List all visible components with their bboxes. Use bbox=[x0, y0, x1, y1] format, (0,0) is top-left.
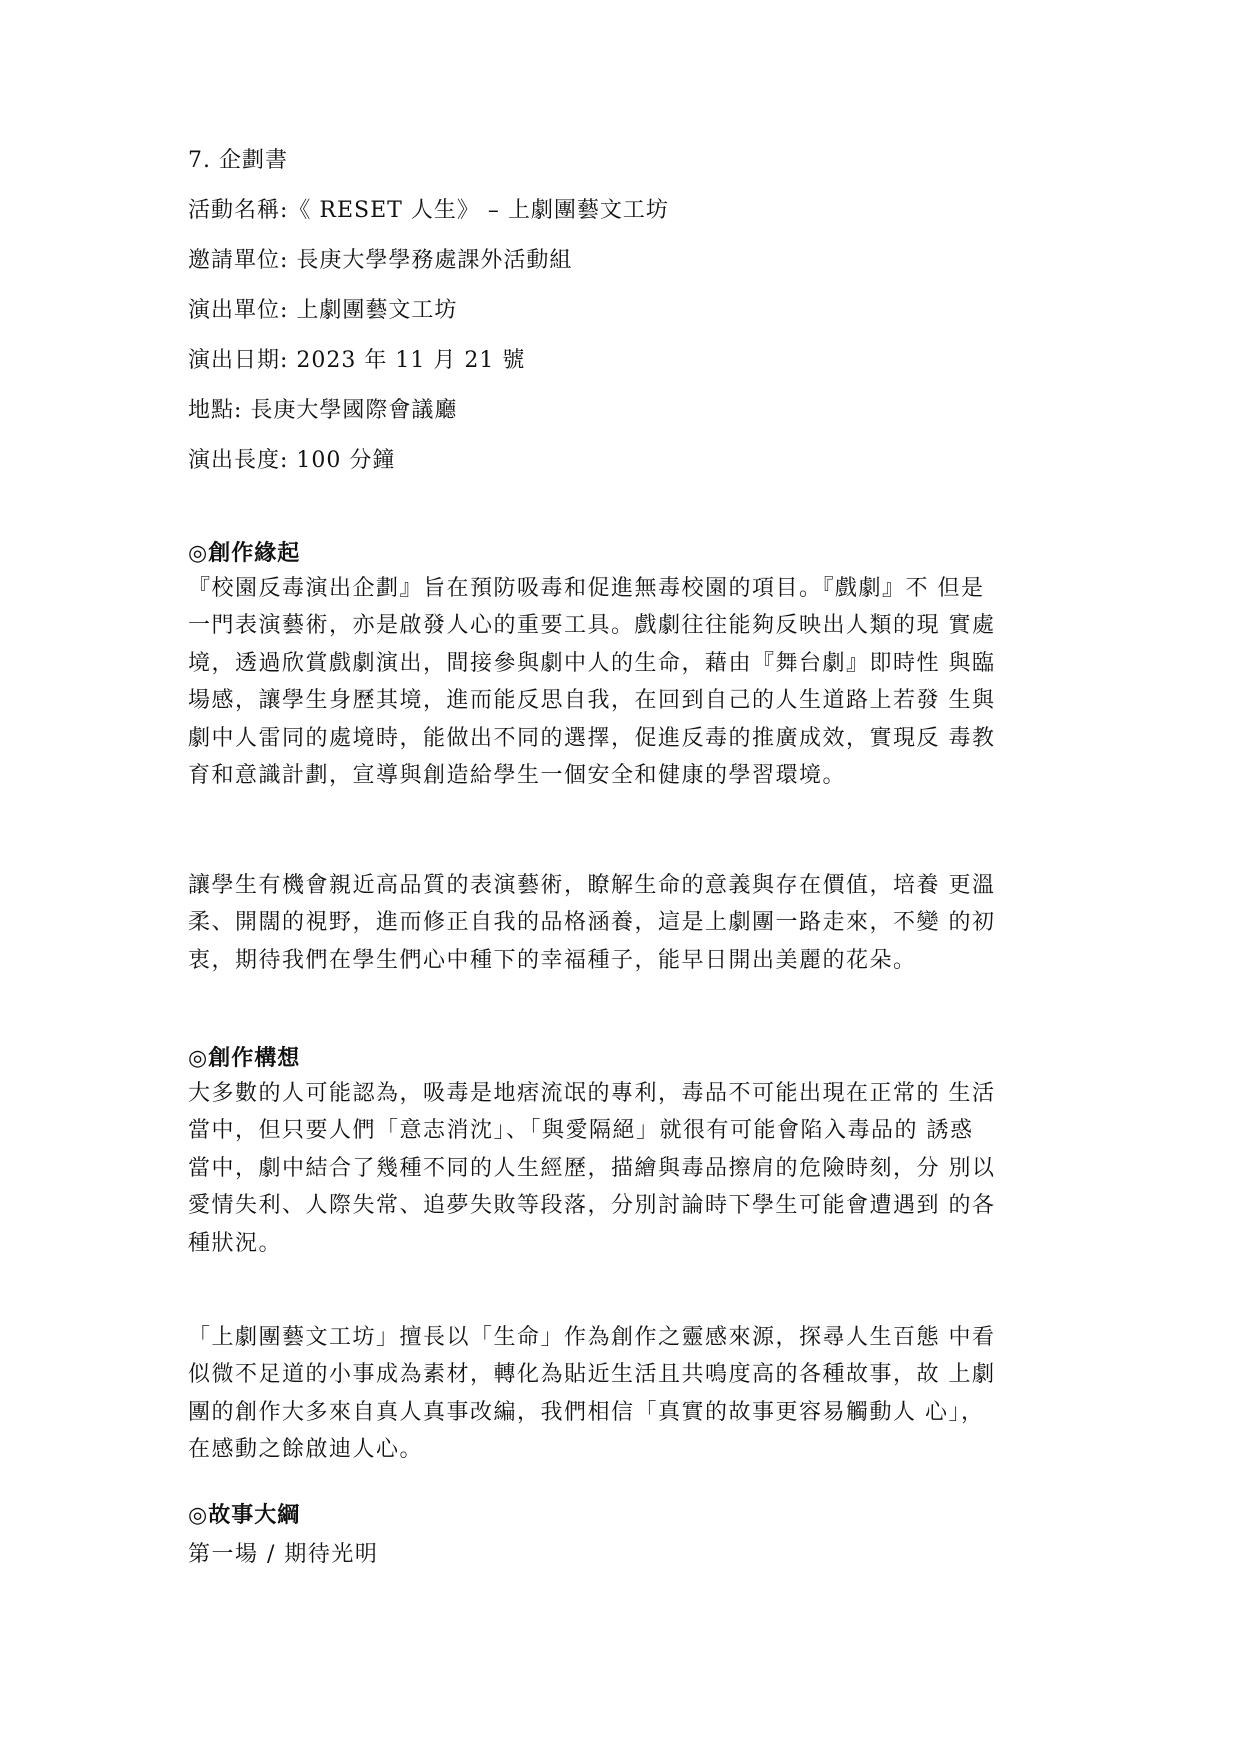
paragraph-line: 似微不足道的小事成為素材，轉化為貼近生活且共鳴度高的各種故事，故 上劇 bbox=[188, 1356, 1048, 1393]
info-label: 地點: bbox=[188, 398, 242, 423]
paragraph-line: 種狀況。 bbox=[188, 1225, 1048, 1262]
section-heading-synopsis: ◎故事大綱 bbox=[188, 1500, 300, 1530]
paragraph-line: 當中，劇中結合了幾種不同的人生經歷，描繪與毒品擦肩的危險時刻，分 別以 bbox=[188, 1150, 1048, 1187]
paragraph-line: 大多數的人可能認為，吸毒是地痞流氓的專利，毒品不可能出現在正常的 生活 bbox=[188, 1075, 1048, 1112]
info-label: 邀請單位: bbox=[188, 248, 288, 273]
info-performing-unit: 演出單位: 上劇團藝文工坊 bbox=[188, 296, 457, 326]
info-activity-name: 活動名稱:《 RESET 人生》 – 上劇團藝文工坊 bbox=[188, 196, 669, 226]
paragraph-line: 愛情失利、人際失常、追夢失敗等段落，分別討論時下學生可能會遭遇到 的各 bbox=[188, 1187, 1048, 1224]
paragraph-line: 育和意識計劃，宣導與創造給學生一個安全和健康的學習環境。 bbox=[188, 757, 1048, 794]
section-heading-origin: ◎創作緣起 bbox=[188, 538, 300, 568]
paragraph-line: 柔、開闊的視野，進而修正自我的品格涵養，這是上劇團一路走來，不變 的初 bbox=[188, 904, 1048, 941]
paragraph-line: 場感，讓學生身歷其境，進而能反思自我，在回到自己的人生道路上若發 生與 bbox=[188, 682, 1048, 719]
info-duration: 演出長度: 100 分鐘 bbox=[188, 446, 395, 476]
info-value: 2023 年 11 月 21 號 bbox=[288, 348, 525, 373]
paragraph-line: 「上劇團藝文工坊」擅長以「生命」作為創作之靈感來源，探尋人生百態 中看 bbox=[188, 1319, 1048, 1356]
info-value: 《 RESET 人生》 – 上劇團藝文工坊 bbox=[288, 198, 668, 223]
paragraph-line: 團的創作大多來自真人真事改編，我們相信「真實的故事更容易觸動人 心」， bbox=[188, 1394, 1048, 1431]
info-value: 上劇團藝文工坊 bbox=[288, 298, 457, 323]
paragraph-concept-2: 「上劇團藝文工坊」擅長以「生命」作為創作之靈感來源，探尋人生百態 中看 似微不足… bbox=[188, 1319, 1048, 1469]
section-heading-concept: ◎創作構想 bbox=[188, 1043, 300, 1073]
paragraph-concept-1: 大多數的人可能認為，吸毒是地痞流氓的專利，毒品不可能出現在正常的 生活 當中，但… bbox=[188, 1075, 1048, 1262]
paragraph-line: 劇中人雷同的處境時，能做出不同的選擇，促進反毒的推廣成效，實現反 毒教 bbox=[188, 720, 1048, 757]
paragraph-line: 當中，但只要人們「意志消沈」、「與愛隔絕」就很有可能會陷入毒品的 誘惑 bbox=[188, 1112, 1048, 1149]
section-title: 7. 企劃書 bbox=[188, 146, 288, 176]
info-label: 演出單位: bbox=[188, 298, 288, 323]
info-label: 演出長度: bbox=[188, 448, 288, 473]
info-value: 長庚大學國際會議廳 bbox=[242, 398, 457, 423]
paragraph-line: 衷，期待我們在學生們心中種下的幸福種子，能早日開出美麗的花朵。 bbox=[188, 942, 1048, 979]
paragraph-origin-2: 讓學生有機會親近高品質的表演藝術，瞭解生命的意義與存在價值，培養 更溫 柔、開闊… bbox=[188, 867, 1048, 979]
paragraph-origin-1: 『校園反毒演出企劃』旨在預防吸毒和促進無毒校園的項目。『戲劇』不 但是 一門表演… bbox=[188, 570, 1048, 794]
info-value: 長庚大學學務處課外活動組 bbox=[288, 248, 572, 273]
paragraph-synopsis-1: 第一場 / 期待光明 bbox=[188, 1536, 1048, 1573]
info-inviting-unit: 邀請單位: 長庚大學學務處課外活動組 bbox=[188, 246, 572, 276]
info-value: 100 分鐘 bbox=[288, 448, 395, 473]
info-performance-date: 演出日期: 2023 年 11 月 21 號 bbox=[188, 346, 525, 376]
info-label: 演出日期: bbox=[188, 348, 288, 373]
paragraph-line: 一門表演藝術，亦是啟發人心的重要工具。戲劇往往能夠反映出人類的現 實處 bbox=[188, 607, 1048, 644]
paragraph-line: 『校園反毒演出企劃』旨在預防吸毒和促進無毒校園的項目。『戲劇』不 但是 bbox=[188, 570, 1048, 607]
paragraph-line: 在感動之餘啟迪人心。 bbox=[188, 1431, 1048, 1468]
paragraph-line: 讓學生有機會親近高品質的表演藝術，瞭解生命的意義與存在價值，培養 更溫 bbox=[188, 867, 1048, 904]
paragraph-line: 境，透過欣賞戲劇演出，間接參與劇中人的生命，藉由『舞台劇』即時性 與臨 bbox=[188, 645, 1048, 682]
scene-title: 第一場 / 期待光明 bbox=[188, 1536, 1048, 1573]
info-label: 活動名稱: bbox=[188, 198, 288, 223]
info-venue: 地點: 長庚大學國際會議廳 bbox=[188, 396, 457, 426]
document-page: 7. 企劃書 活動名稱:《 RESET 人生》 – 上劇團藝文工坊 邀請單位: … bbox=[0, 0, 1241, 1754]
